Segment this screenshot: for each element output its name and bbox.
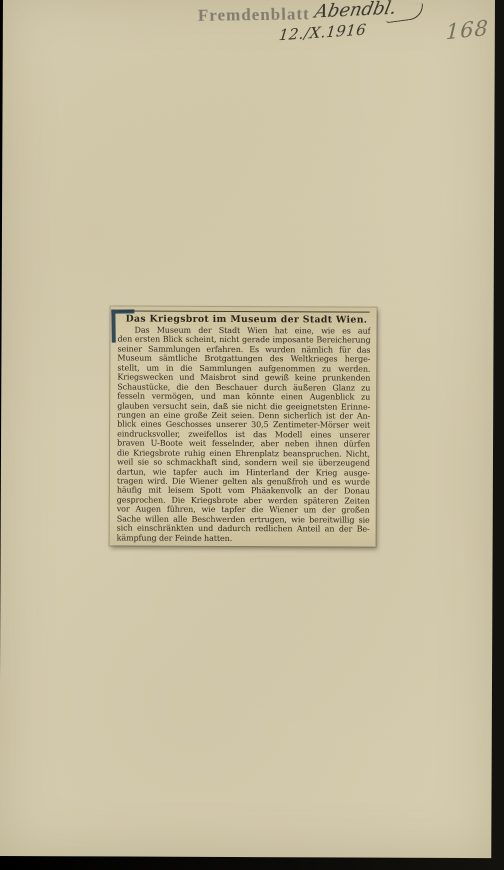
scan-background: { "annotations": { "stamp": "Fremdenblat… <box>0 0 504 870</box>
clipping-text-line: fesseln vermögen, und man könnte einen A… <box>117 392 370 403</box>
clipping-headline: Das Kriegsbrot im Museum der Stadt Wien. <box>118 314 371 326</box>
blue-corner-mark <box>111 309 134 342</box>
clipping-text-line: sich einschränkten und dadurch redlichen… <box>117 524 370 535</box>
clipping-top-rule <box>119 311 370 313</box>
clipping-body-text: Das Museum der Stadt Wien hat eine, wie … <box>117 326 371 544</box>
archive-page-number: 168 <box>445 16 489 45</box>
newspaper-clipping: Das Kriegsbrot im Museum der Stadt Wien.… <box>110 306 377 546</box>
clipping-text-line: kämpfung der Feinde hatten. <box>117 533 370 544</box>
album-page: Fremdenblatt Abendbl. 12./X.1916 168 Das… <box>0 0 495 858</box>
clipping-text-line: weil sie so schmackhaft sind, sondern we… <box>117 458 370 469</box>
newspaper-name-stamp: Fremdenblatt <box>198 4 310 25</box>
scanner-area: Fremdenblatt Abendbl. 12./X.1916 168 Das… <box>0 0 504 870</box>
clipping-text-line: Kriegswecken und Maisbrot sind gewiß kei… <box>117 373 370 384</box>
